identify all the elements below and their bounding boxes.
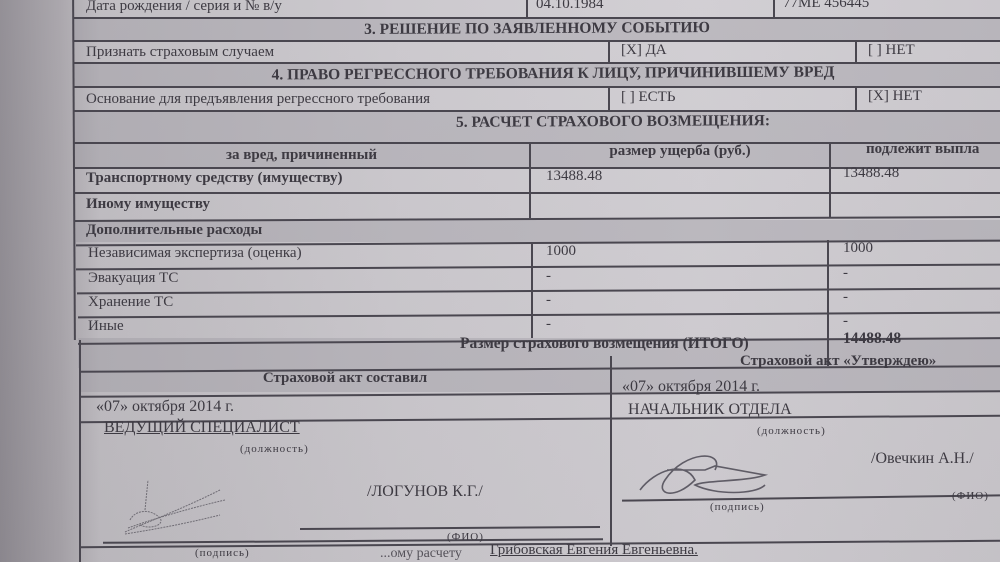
left-date: «07» октября 2014 г. bbox=[96, 398, 234, 416]
right-name-caption: (ФИО) bbox=[952, 487, 989, 505]
row-label: Иному имуществу bbox=[86, 195, 210, 213]
rule bbox=[74, 86, 1000, 88]
row-payable-value: - bbox=[843, 264, 848, 282]
col-header-cause: за вред, причиненный bbox=[74, 146, 529, 164]
section4-label: Основание для предъявления регрессного т… bbox=[86, 90, 430, 108]
col-rule bbox=[855, 40, 857, 62]
col-rule bbox=[773, 0, 775, 17]
section3-yes-checkbox[interactable]: [X] ДА bbox=[621, 41, 667, 59]
row-label: Дополнительные расходы bbox=[86, 221, 262, 239]
left-name-caption: (ФИО) bbox=[447, 528, 484, 546]
footer-prefix: ...ому расчету bbox=[380, 545, 462, 562]
row-label: Хранение ТС bbox=[88, 293, 173, 311]
row-damage-value: - bbox=[546, 267, 551, 285]
row-damage-value: 1000 bbox=[546, 242, 576, 260]
left-signature-header: Страховой акт составил bbox=[80, 369, 610, 387]
col-header-payable: подлежит выпла bbox=[866, 140, 979, 158]
section3-label: Признать страховым случаем bbox=[86, 43, 274, 61]
row-payable-value: 13488.48 bbox=[843, 164, 899, 182]
right-date: «07» октября 2014 г. bbox=[622, 378, 760, 396]
birth-license-label: Дата рождения / серия и № в/у bbox=[86, 0, 282, 15]
row-payable-value: 1000 bbox=[843, 239, 873, 257]
col-header-damage: размер ущерба (руб.) bbox=[531, 142, 829, 160]
right-signature-header: Страховой акт «Утверждею» bbox=[740, 352, 936, 370]
row-damage-value: 13488.48 bbox=[546, 167, 602, 185]
right-position-caption: (должность) bbox=[757, 422, 826, 440]
footer-name: Грибовская Евгения Евгеньевна. bbox=[490, 541, 698, 559]
insurance-act-document: Дата рождения / серия и № в/у 04.10.1984… bbox=[0, 0, 1000, 562]
rule bbox=[78, 312, 1000, 319]
col-rule bbox=[829, 142, 831, 218]
col-rule bbox=[608, 86, 610, 110]
license-number: 77МЕ 456445 bbox=[783, 0, 869, 12]
right-position: НАЧАЛЬНИК ОТДЕЛА bbox=[628, 401, 792, 419]
rule bbox=[76, 264, 1000, 271]
right-signature-caption: (подпись) bbox=[710, 498, 765, 516]
rule bbox=[74, 192, 1000, 194]
row-damage-value: - bbox=[546, 315, 551, 333]
right-signature-image bbox=[635, 440, 785, 500]
border-left bbox=[72, 0, 76, 340]
right-name: /Овечкин А.Н./ bbox=[871, 450, 974, 468]
col-rule bbox=[531, 242, 533, 338]
col-rule bbox=[610, 356, 612, 546]
row-payable-value: - bbox=[843, 288, 848, 306]
left-signature-caption: (подпись) bbox=[195, 544, 250, 562]
total-label: Размер страхового возмещения (ИТОГО) bbox=[460, 335, 749, 353]
col-rule bbox=[526, 0, 528, 17]
row-label: Независимая экспертиза (оценка) bbox=[88, 244, 302, 262]
section3-no-checkbox[interactable]: [ ] НЕТ bbox=[868, 41, 915, 59]
col-rule bbox=[827, 240, 829, 366]
row-payable-value: - bbox=[843, 312, 848, 330]
row-damage-value: - bbox=[546, 291, 551, 309]
row-label: Иные bbox=[88, 317, 124, 335]
section4-no-checkbox[interactable]: [X] НЕТ bbox=[868, 87, 922, 105]
row-label: Транспортному средству (имуществу) bbox=[86, 169, 342, 187]
rule bbox=[74, 40, 1000, 42]
left-signature-image bbox=[120, 470, 230, 540]
col-rule bbox=[608, 40, 610, 62]
birth-date: 04.10.1984 bbox=[536, 0, 604, 13]
left-position: ВЕДУЩИЙ СПЕЦИАЛИСТ bbox=[104, 419, 300, 437]
total-value: 14488.48 bbox=[843, 330, 901, 348]
section4-yes-checkbox[interactable]: [ ] ЕСТЬ bbox=[621, 88, 675, 106]
rule bbox=[77, 288, 1000, 295]
left-name: /ЛОГУНОВ К.Г./ bbox=[367, 483, 483, 501]
left-position-caption: (должность) bbox=[240, 440, 309, 458]
row-label: Эвакуация ТС bbox=[88, 269, 178, 287]
col-rule bbox=[855, 86, 857, 110]
